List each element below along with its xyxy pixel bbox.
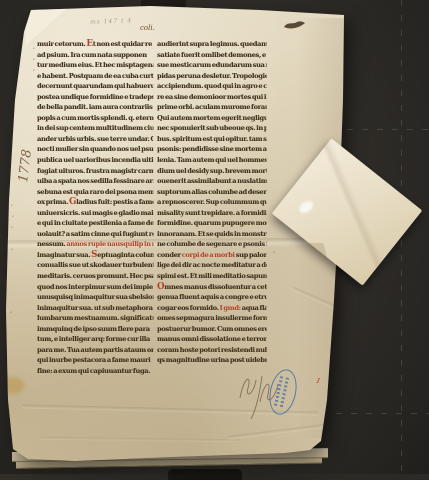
margin-paragraph-mark: ,	[10, 308, 12, 312]
running-title-fragment: coli.	[140, 24, 155, 32]
margin-paragraph-mark: ,	[33, 44, 35, 48]
margin-paragraph-mark: ,	[33, 66, 35, 70]
manuscript-photograph: muir cetorum. Et non est quidar read psi…	[0, 0, 429, 480]
vertical-shelfmark: 1778	[15, 139, 37, 193]
slip-blemish	[297, 199, 315, 216]
margin-paragraph-mark: ,	[11, 245, 13, 249]
pencil-shelfmark-note: ms 147 t 4	[90, 17, 132, 25]
handwritten-squiggle	[232, 366, 284, 420]
margin-paragraph-mark: ,	[33, 55, 35, 59]
margin-paragraph-mark: ,	[11, 201, 13, 205]
ink-blot	[283, 19, 307, 32]
margin-paragraph-mark: ,	[11, 223, 13, 227]
red-ink-mark: 1	[315, 377, 321, 386]
margin-paragraph-mark: ,	[12, 212, 14, 216]
margin-paragraph-mark: ,	[273, 248, 275, 252]
